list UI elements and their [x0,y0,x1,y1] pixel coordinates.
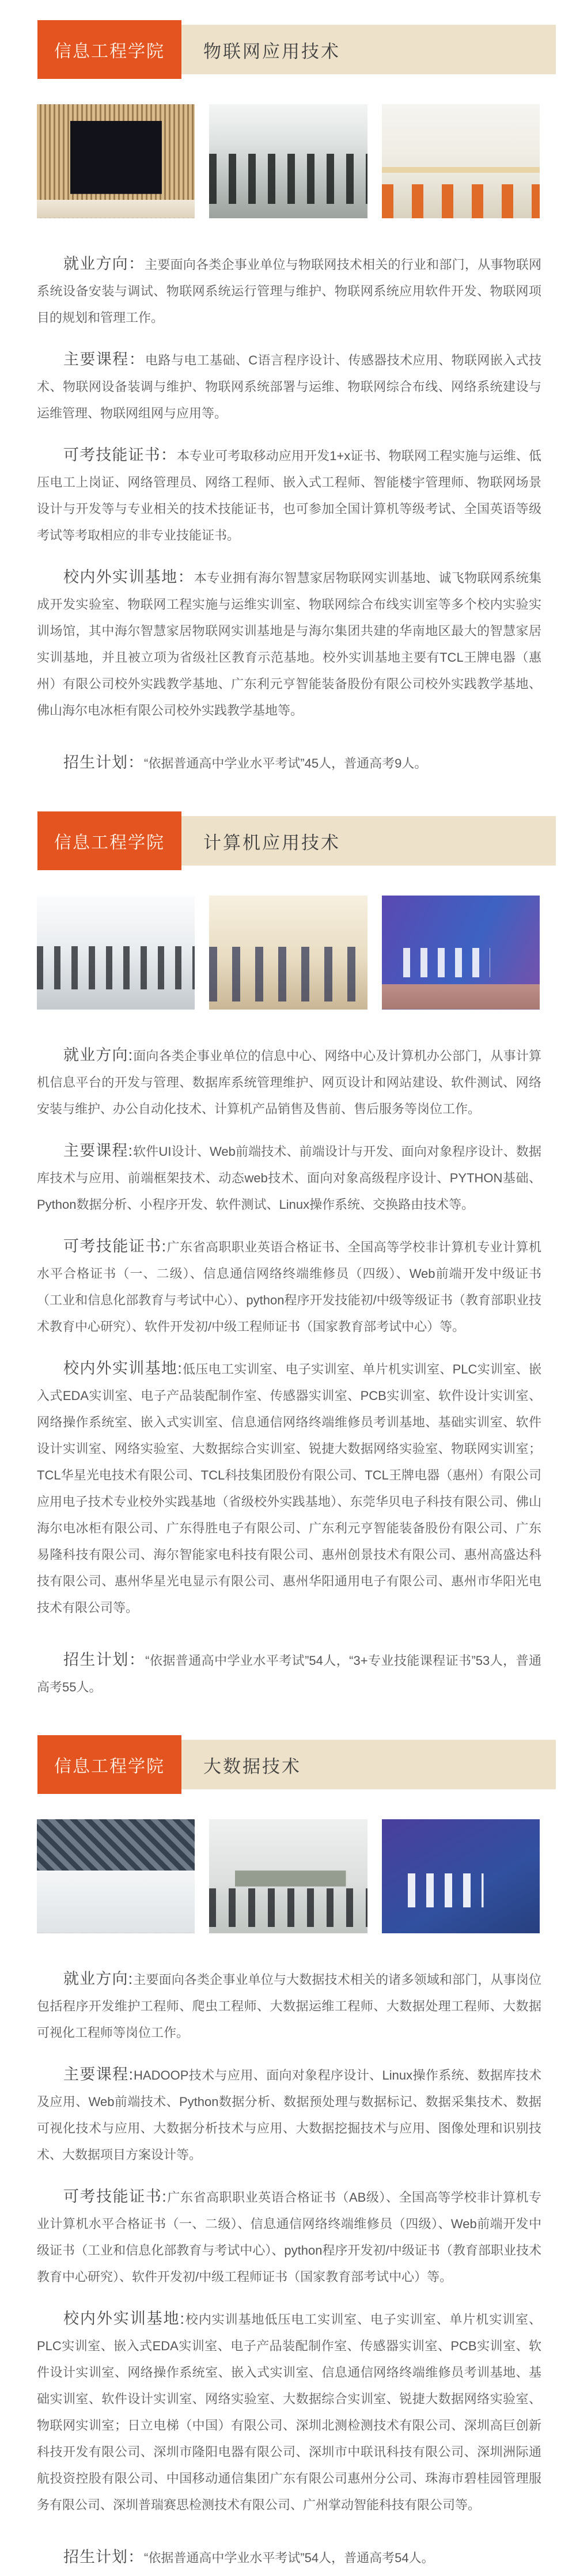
photo-strip [37,896,540,1010]
paragraph-label: 招生计划： [63,754,144,771]
paragraph-certificates: 可考技能证书：本专业可考取移动应用开发1+x证书、物联网工程实施与运维、低压电工… [37,442,541,549]
college-badge: 信息工程学院 [37,811,181,870]
section-big-data-technology: 信息工程学院 大数据技术 就业方向:主要面向各类企事业单位与大数据技术相关的诸多… [0,1735,576,2576]
paragraph-text: “依据普通高中学业水平考试”54人，普通高考54人。 [144,2551,434,2565]
paragraph-label: 校内外实训基地： [63,568,194,586]
paragraph-label: 可考技能证书: [63,1238,166,1255]
photo-strip [37,1819,540,1933]
college-badge: 信息工程学院 [37,20,181,79]
paragraph-label: 主要课程： [63,351,145,368]
paragraph-label: 校内外实训基地: [63,1360,183,1377]
college-name: 信息工程学院 [54,37,165,62]
paragraph-enrollment-plan: 招生计划：“依据普通高中学业水平考试”54人，“3+专业技能课程证书”53人，普… [37,1646,541,1705]
photo-computer-classroom [209,896,367,1010]
paragraph-text: 校内实训基地低压电工实训室、电子实训室、单片机实训室、PLC实训室、嵌入式EDA… [37,2312,541,2512]
paragraph-enrollment-plan: 招生计划：“依据普通高中学业水平考试”45人，普通高考9人。 [37,749,541,781]
photo-strip [37,104,540,218]
paragraph-certificates: 可考技能证书:广东省高职职业英语合格证书、全国高等学校非计算机专业计算机水平合格… [37,1233,541,1340]
paragraph-training-bases: 校内外实训基地:低压电工实训室、电子实训室、单片机实训室、PLC实训室、嵌入式E… [37,1355,541,1621]
section-body: 就业方向:面向各类企事业单位的信息中心、网络中心及计算机办公部门，从事计算机信息… [37,1042,541,1705]
photo-computer-lab [37,896,195,1010]
paragraph-label: 招生计划： [63,2548,144,2566]
paragraph-text: “依据普通高中学业水平考试”45人，普通高考9人。 [144,756,427,771]
paragraph-employment: 就业方向：主要面向各类企事业单位与物联网技术相关的行业和部门，从事物联网系统设备… [37,251,541,331]
college-name: 信息工程学院 [54,828,165,853]
paragraph-label: 招生计划： [63,1651,145,1668]
paragraph-text: 低压电工实训室、电子实训室、单片机实训室、PLC实训室、嵌入式EDA实训室、电子… [37,1362,541,1615]
section-iot-application-technology: 信息工程学院 物联网应用技术 就业方向：主要面向各类企事业单位与物联网技术相关的… [0,0,576,781]
paragraph-text: 本专业拥有海尔智慧家居物联网实训基地、诚飞物联网系统集成开发实验室、物联网工程实… [37,571,541,718]
paragraph-training-bases: 校内外实训基地:校内实训基地低压电工实训室、电子实训室、单片机实训室、PLC实训… [37,2305,541,2518]
paragraph-label: 主要课程: [63,2066,134,2083]
paragraph-label: 校内外实训基地: [63,2310,185,2327]
photo-bigdata-classroom [209,1819,367,1933]
photo-bigdata-lab [37,1819,195,1933]
college-name: 信息工程学院 [54,1752,165,1777]
major-title-bar: 大数据技术 [181,1740,556,1789]
paragraph-employment: 就业方向:主要面向各类企事业单位与大数据技术相关的诸多领域和部门，从事岗位包括程… [37,1966,541,2046]
section-header: 信息工程学院 大数据技术 [37,1735,556,1794]
paragraph-courses: 主要课程:HADOOP技术与应用、面向对象程序设计、Linux操作系统、数据库技… [37,2061,541,2168]
paragraph-label: 可考技能证书: [63,2188,167,2205]
photo-iot-lab [209,104,367,218]
paragraph-courses: 主要课程：电路与电工基础、C语言程序设计、传感器技术应用、物联网嵌入式技术、物联… [37,346,541,427]
section-computer-application-technology: 信息工程学院 计算机应用技术 就业方向:面向各类企事业单位的信息中心、网络中心及… [0,811,576,1705]
photo-skills-competition-group [382,896,540,1010]
photo-iot-showroom [37,104,195,218]
paragraph-label: 就业方向： [63,255,145,272]
major-title: 物联网应用技术 [203,37,340,63]
paragraph-certificates: 可考技能证书:广东省高职职业英语合格证书（AB级）、全国高等学校非计算机专业计算… [37,2183,541,2290]
paragraph-enrollment-plan: 招生计划：“依据普通高中学业水平考试”54人，普通高考54人。 [37,2544,541,2576]
major-title: 大数据技术 [203,1752,301,1778]
major-title-bar: 物联网应用技术 [181,25,556,74]
section-header: 信息工程学院 计算机应用技术 [37,811,556,870]
paragraph-label: 可考技能证书： [63,446,177,464]
paragraph-label: 主要课程: [63,1142,133,1159]
photo-iot-classroom [382,104,540,218]
section-body: 就业方向：主要面向各类企事业单位与物联网技术相关的行业和部门，从事物联网系统设备… [37,251,541,781]
paragraph-label: 就业方向: [63,1970,133,1987]
photo-award-group [382,1819,540,1933]
paragraph-label: 就业方向: [63,1046,133,1064]
section-header: 信息工程学院 物联网应用技术 [37,20,556,79]
major-title-bar: 计算机应用技术 [181,816,556,866]
section-body: 就业方向:主要面向各类企事业单位与大数据技术相关的诸多领域和部门，从事岗位包括程… [37,1966,541,2576]
paragraph-courses: 主要课程:软件UI设计、Web前端技术、前端设计与开发、面向对象程序设计、数据库… [37,1137,541,1218]
major-title: 计算机应用技术 [203,828,340,854]
paragraph-training-bases: 校内外实训基地：本专业拥有海尔智慧家居物联网实训基地、诚飞物联网系统集成开发实验… [37,564,541,724]
paragraph-employment: 就业方向:面向各类企事业单位的信息中心、网络中心及计算机办公部门，从事计算机信息… [37,1042,541,1122]
college-badge: 信息工程学院 [37,1735,181,1794]
